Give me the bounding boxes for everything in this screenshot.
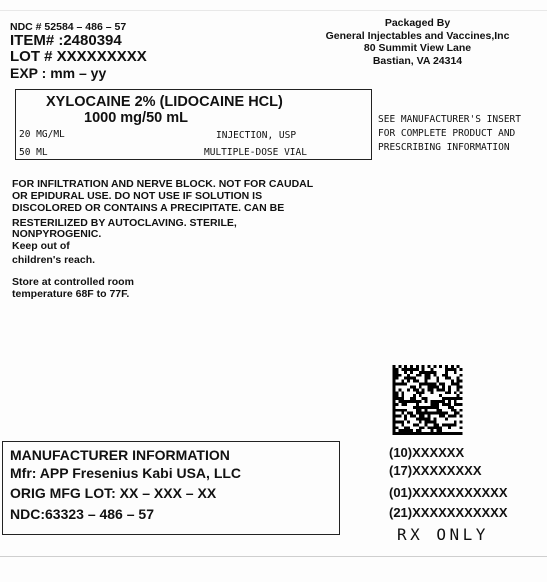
packager-line: 80 Summit View Lane: [300, 42, 535, 55]
warning-line: NONPYROGENIC.: [12, 229, 342, 241]
top-edge-line: [0, 10, 547, 11]
product-form: INJECTION, USP: [216, 130, 296, 141]
product-container: MULTIPLE-DOSE VIAL: [204, 147, 307, 158]
product-concentration: 20 MG/ML: [19, 129, 65, 140]
header-expiration: EXP : mm – yy: [10, 65, 106, 81]
product-name: XYLOCAINE 2% (LIDOCAINE HCL): [46, 94, 283, 110]
manufacturer-ndc: NDC:63323 – 486 – 57: [10, 506, 154, 522]
gs1-lot-field: (10)XXXXXX: [389, 445, 464, 460]
insert-note-line: FOR COMPLETE PRODUCT AND: [378, 127, 543, 141]
storage-line: Store at controlled room: [12, 277, 212, 289]
warning-line: children's reach.: [12, 255, 342, 267]
manufacturer-title: MANUFACTURER INFORMATION: [10, 447, 230, 463]
gs1-expiry-field: (17)XXXXXXXX: [389, 463, 482, 478]
header-lot-number: LOT # XXXXXXXXX: [10, 48, 147, 65]
storage-instructions: Store at controlled room temperature 68F…: [12, 277, 212, 300]
warning-line: OR EPIDURAL USE. DO NOT USE IF SOLUTION …: [12, 191, 342, 203]
manufacturer-orig-lot: ORIG MFG LOT: XX – XXX – XX: [10, 485, 216, 501]
warning-line: Keep out of: [12, 241, 342, 253]
datamatrix-barcode-icon: [392, 365, 463, 435]
packager-line: General Injectables and Vaccines,Inc: [300, 30, 535, 43]
storage-line: temperature 68F to 77F.: [12, 289, 212, 301]
warning-line: DISCOLORED OR CONTAINS A PRECIPITATE. CA…: [12, 203, 342, 215]
insert-note-line: PRESCRIBING INFORMATION: [378, 141, 543, 155]
packager-info: Packaged By General Injectables and Vacc…: [300, 17, 535, 67]
warning-line: FOR INFILTRATION AND NERVE BLOCK. NOT FO…: [12, 179, 342, 191]
gs1-gtin-field: (01)XXXXXXXXXXX: [389, 485, 508, 500]
insert-note: SEE MANUFACTURER'S INSERT FOR COMPLETE P…: [378, 113, 543, 155]
gs1-serial-field: (21)XXXXXXXXXXX: [389, 505, 508, 520]
packager-line: Bastian, VA 24314: [300, 55, 535, 68]
usage-warnings: FOR INFILTRATION AND NERVE BLOCK. NOT FO…: [12, 179, 342, 267]
product-box: XYLOCAINE 2% (LIDOCAINE HCL) 1000 mg/50 …: [15, 89, 372, 160]
manufacturer-name: Mfr: APP Fresenius Kabi USA, LLC: [10, 465, 241, 481]
rx-only-label: RX ONLY: [397, 525, 489, 544]
product-volume: 50 ML: [19, 147, 48, 158]
packager-line: Packaged By: [300, 17, 535, 30]
manufacturer-box: MANUFACTURER INFORMATION Mfr: APP Fresen…: [2, 441, 340, 535]
insert-note-line: SEE MANUFACTURER'S INSERT: [378, 113, 543, 127]
product-amount: 1000 mg/50 mL: [84, 110, 188, 126]
bottom-edge-line: [0, 556, 547, 557]
header-item-number: ITEM# :2480394: [10, 32, 122, 49]
